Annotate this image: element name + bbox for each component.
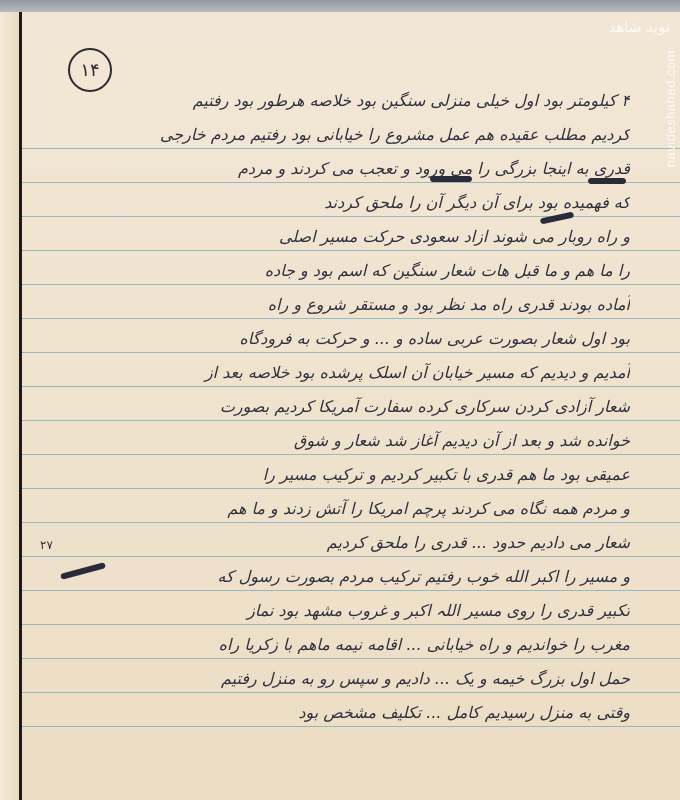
text-line: آمدیم و دیدیم که مسیر خیابان آن اسلک پرش… <box>30 356 630 390</box>
watermark-url: navideshahed.com <box>663 50 678 167</box>
margin-line <box>19 12 22 800</box>
top-edge-shadow <box>0 0 680 12</box>
text-line: کردیم مطلب عقیده هم عمل مشروع را خیابانی… <box>30 118 630 152</box>
page-number: ۱۴ <box>80 60 99 81</box>
text-line: عمیقی بود ما هم قدری با تکبیر کردیم و تر… <box>30 458 630 492</box>
text-line: شعار می دادیم حدود ... قدری را ملحق کردی… <box>30 526 630 560</box>
text-line: بود اول شعار بصورت عربی ساده و ... و حرک… <box>30 322 630 356</box>
text-line: شعار آزادی کردن سرکاری کرده سفارت آمریکا… <box>30 390 630 424</box>
text-line: را ما هم و ما قبل هات شعار سنگین که اسم … <box>30 254 630 288</box>
text-line: و راه روبار می شوند ازاد سعودی حرکت مسیر… <box>30 220 630 254</box>
ink-scribble <box>588 178 626 184</box>
text-line: تکبیر قدری را روی مسیر اللہ اکبر و غروب … <box>30 594 630 628</box>
text-line: خوانده شد و بعد از آن دیدیم آغاز شد شعار… <box>30 424 630 458</box>
handwritten-text: ۴ کیلومتر بود اول خیلی منزلی سنگین بود خ… <box>30 84 630 730</box>
text-line: و مسیر را اکبر الله خوب رفتیم ترکیب مردم… <box>30 560 630 594</box>
watermark-brand: نوید شاهد <box>608 18 670 36</box>
text-line: و مردم همه نگاه می کردند پرچم امریکا را … <box>30 492 630 526</box>
text-line: آماده بودند قدری راه مد نظر بود و مستقر … <box>30 288 630 322</box>
text-line: حمل اول بزرگ خیمه و یک ... دادیم و سپس ر… <box>30 662 630 696</box>
page-binding-strip <box>0 12 20 800</box>
text-line: که فهمیده بود برای آن دیگر آن را ملحق کر… <box>30 186 630 220</box>
text-line: وقتی به منزل رسیدیم کامل ... تکلیف مشخص … <box>30 696 630 730</box>
text-line: ۴ کیلومتر بود اول خیلی منزلی سنگین بود خ… <box>30 84 630 118</box>
margin-note: ۲۷ <box>40 538 53 552</box>
ink-scribble <box>430 176 472 182</box>
text-line: قدری به اینجا بزرگی را می ورود و تعجب می… <box>30 152 630 186</box>
text-line: مغرب را خواندیم و راه خیابانی ... اقامه … <box>30 628 630 662</box>
